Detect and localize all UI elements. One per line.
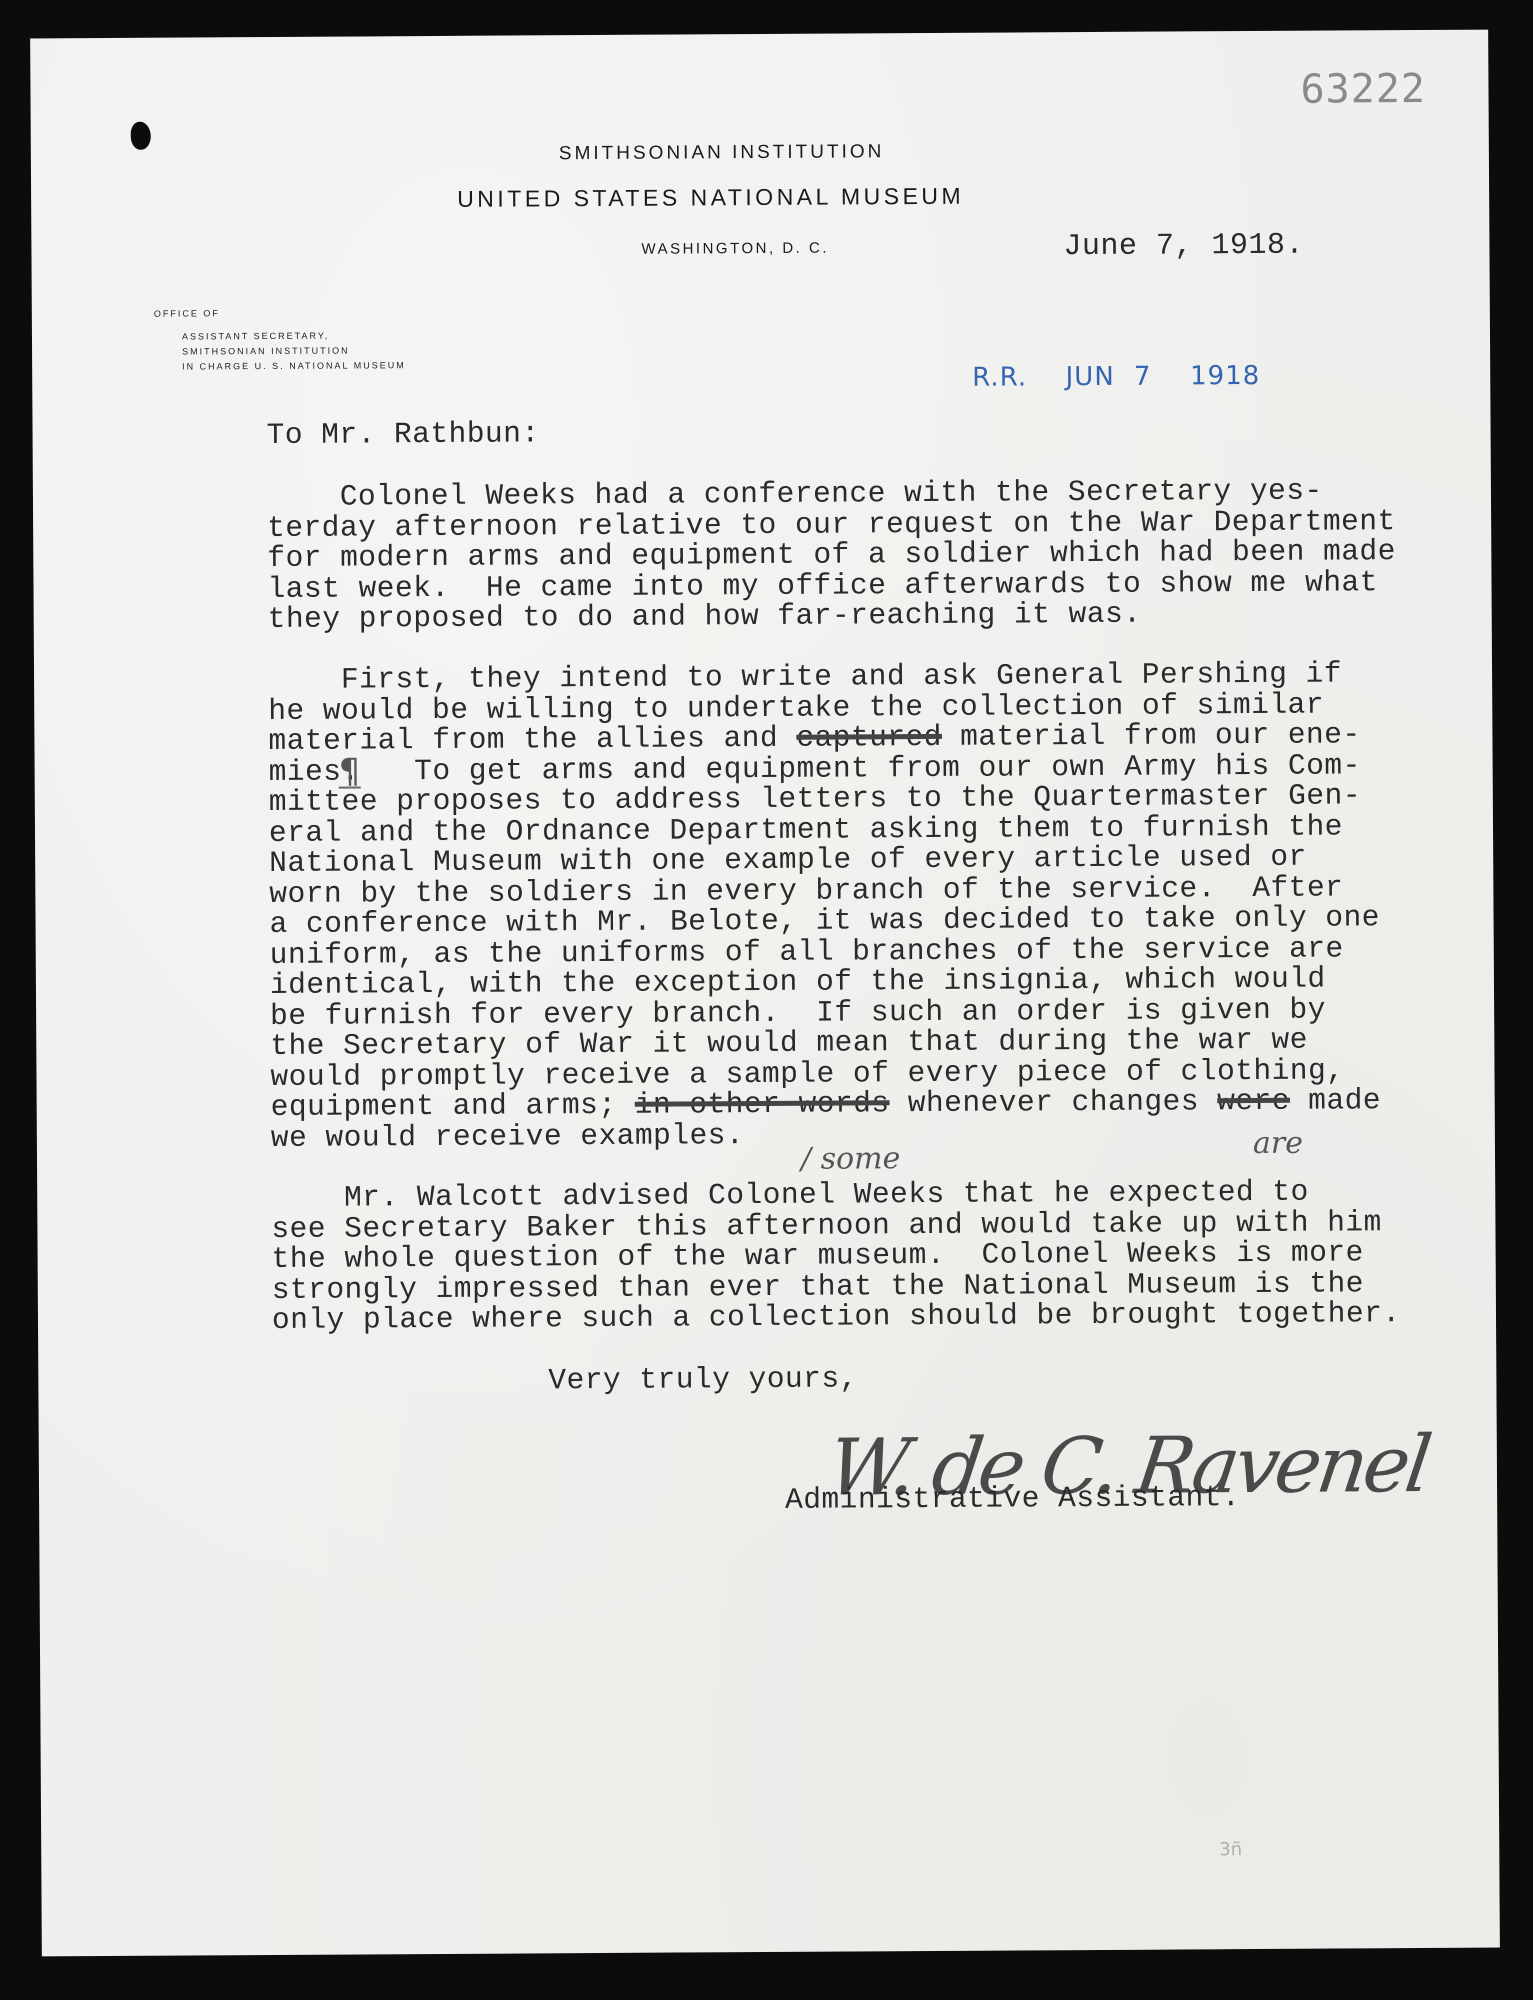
paragraph-2: First, they intend to write and ask Gene… [268,658,1471,1153]
office-line: SMITHSONIAN INSTITUTION [182,346,350,357]
punch-hole [131,122,151,150]
text-line: equipment and arms; in other words whene… [271,1085,1471,1123]
received-date-stamp: R.R. JUN 7 1918 [972,361,1260,393]
handwritten-insertion: are [1253,1126,1303,1161]
paragraph-3: Mr. Walcott advised Colonel Weeks that h… [271,1176,1472,1336]
struck-word: captured [796,720,942,755]
text-line: they proposed to do and how far-reaching… [268,597,1468,635]
paragraph-mark-icon: ¶ [339,756,361,788]
text-line: only place where such a collection shoul… [272,1298,1472,1336]
struck-phrase: in other words [635,1086,890,1122]
closing: Very truly yours, [548,1363,858,1395]
letter-page: 63222 SMITHSONIAN INSTITUTION UNITED STA… [30,30,1500,1957]
letter-date: June 7, 1918. [1063,231,1304,263]
pencil-mark: 3ñ [1219,1839,1242,1860]
paragraph-1: Colonel Weeks had a conference with the … [267,475,1468,635]
handwritten-insertion: / some [801,1141,901,1177]
document-number: 63222 [1300,66,1426,113]
text-segment: made [1290,1083,1381,1118]
office-line: IN CHARGE U. S. NATIONAL MUSEUM [182,360,406,371]
letterhead-institution: SMITHSONIAN INSTITUTION [559,141,885,165]
signer-title: Administrative Assistant. [785,1482,1240,1515]
letterhead-museum: UNITED STATES NATIONAL MUSEUM [457,183,964,213]
text-segment: whenever changes [889,1084,1217,1120]
office-label: OFFICE OF [154,308,220,318]
office-line: ASSISTANT SECRETARY, [182,331,329,342]
letterhead-city: WASHINGTON, D. C. [641,240,829,258]
salutation: To Mr. Rathbun: [266,418,539,450]
struck-word: were [1217,1084,1290,1118]
